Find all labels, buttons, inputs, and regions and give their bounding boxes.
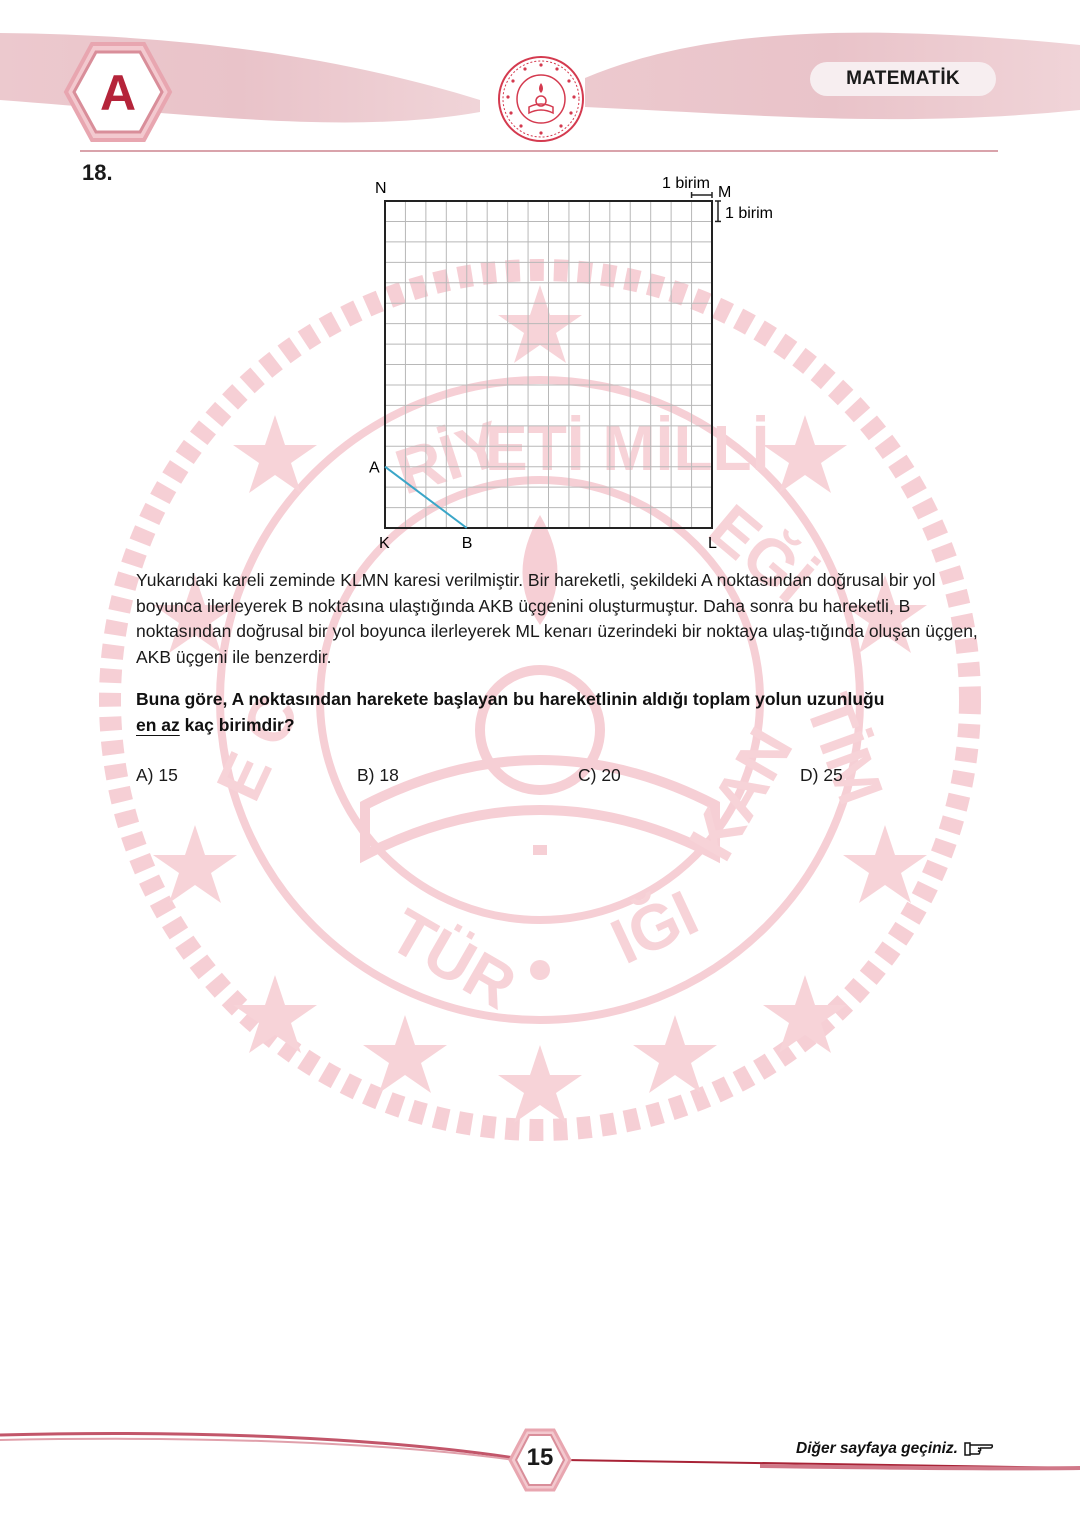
svg-text:A: A xyxy=(100,65,136,121)
question-number: 18. xyxy=(82,160,113,186)
prompt-emphasis: en az xyxy=(136,715,180,735)
corner-label-k: K xyxy=(379,535,390,552)
unit-label-vertical: 1 birim xyxy=(725,205,773,222)
question-prompt: Buna göre, A noktasından harekete başlay… xyxy=(136,686,996,738)
prompt-tail: kaç birimdir? xyxy=(185,715,295,735)
unit-dimension-marks xyxy=(692,192,721,221)
point-label-a: A xyxy=(369,460,380,477)
corner-label-m: M xyxy=(718,184,731,201)
pointing-hand-icon xyxy=(964,1441,994,1457)
point-label-b: B xyxy=(462,535,473,552)
prompt-lead: Buna göre, A noktasından harekete başlay… xyxy=(136,689,884,709)
header-divider xyxy=(80,150,998,152)
corner-label-n: N xyxy=(375,180,387,197)
unit-label-horizontal: 1 birim xyxy=(662,175,710,192)
corner-label-l: L xyxy=(708,535,717,552)
choice-d[interactable]: D) 25 xyxy=(800,765,843,786)
next-page-text: Diğer sayfaya geçiniz. xyxy=(796,1440,958,1458)
subject-label: MATEMATİK xyxy=(810,62,996,96)
grid-lines xyxy=(385,201,712,528)
page-number: 15 xyxy=(512,1440,568,1476)
choice-b[interactable]: B) 18 xyxy=(357,765,399,786)
grid-figure: N M K L A B 1 birim 1 birim xyxy=(360,170,800,560)
svg-text:IĞI: IĞI xyxy=(600,876,708,977)
question-stem: Yukarıdaki kareli zeminde KLMN karesi ve… xyxy=(136,568,1006,670)
ministry-logo xyxy=(497,55,585,143)
choice-a[interactable]: A) 15 xyxy=(136,765,178,786)
next-page-note: Diğer sayfaya geçiniz. xyxy=(796,1440,994,1458)
booklet-letter-badge: A xyxy=(62,38,174,146)
choice-c[interactable]: C) 20 xyxy=(578,765,621,786)
